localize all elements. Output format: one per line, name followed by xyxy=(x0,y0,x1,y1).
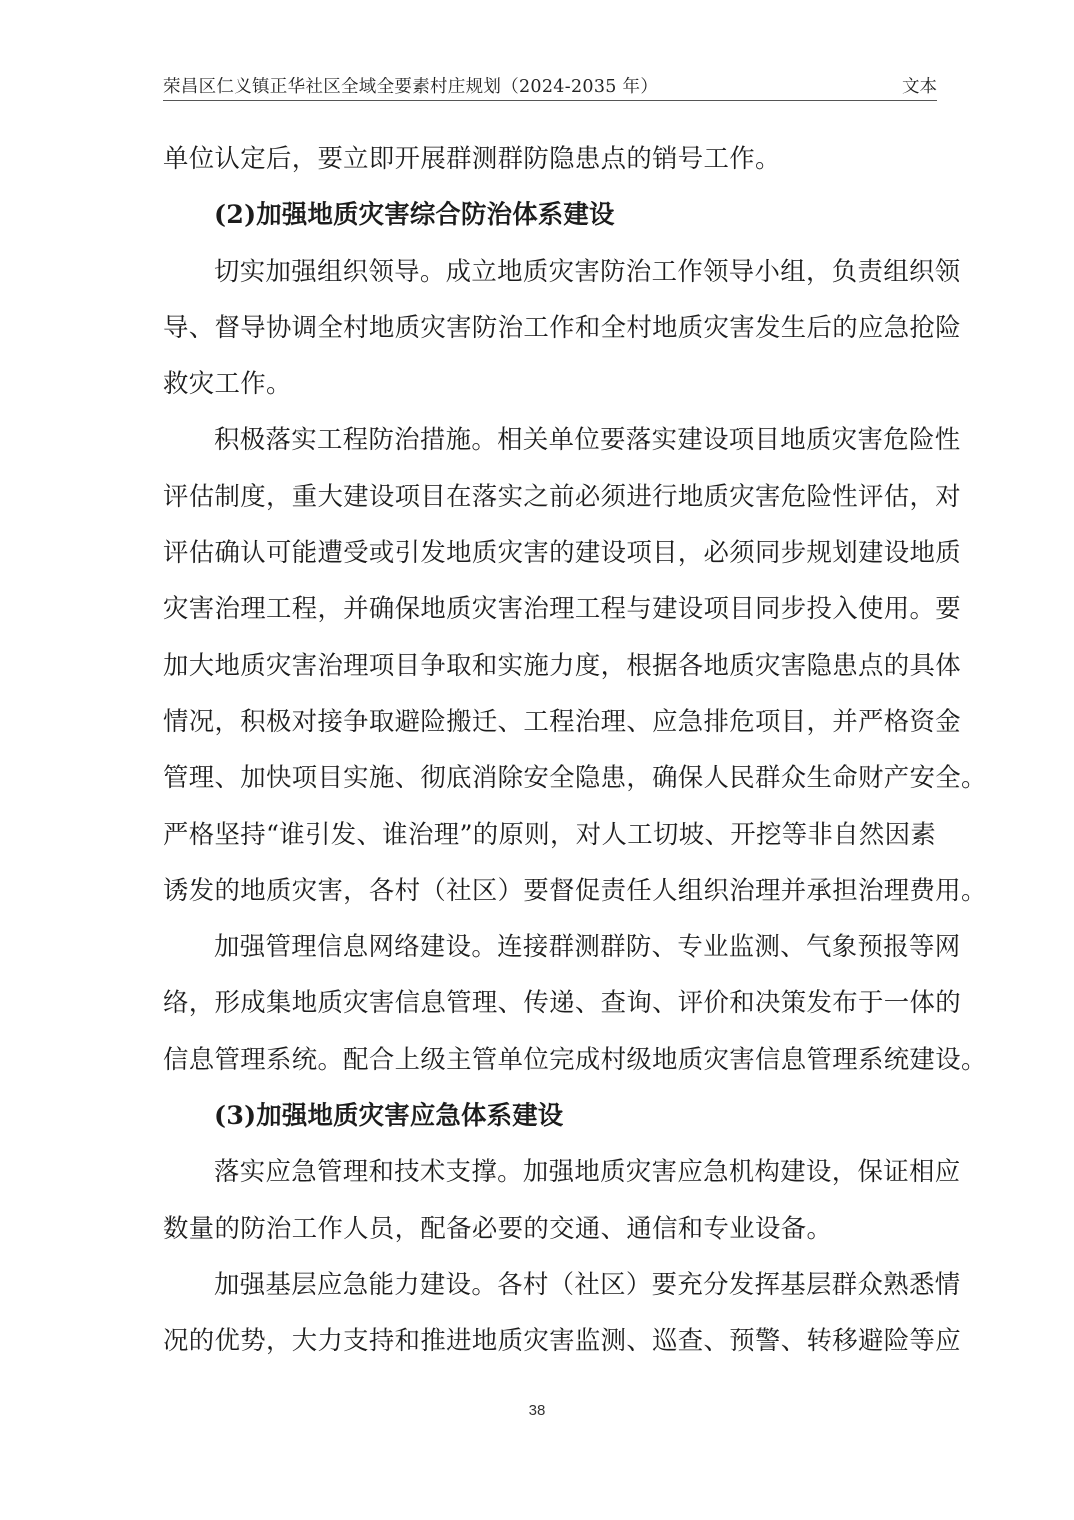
paragraph-line: 评估确认可能遭受或引发地质灾害的建设项目，必须同步规划建设地质 xyxy=(163,532,943,588)
paragraph-line: 切实加强组织领导。成立地质灾害防治工作领导小组，负责组织领 xyxy=(163,251,943,307)
paragraph-line: 积极落实工程防治措施。相关单位要落实建设项目地质灾害危险性 xyxy=(163,419,943,475)
paragraph-line: 加强管理信息网络建设。连接群测群防、专业监测、气象预报等网 xyxy=(163,926,943,982)
document-type-label: 文本 xyxy=(902,73,937,98)
paragraph-line: 导、督导协调全村地质灾害防治工作和全村地质灾害发生后的应急抢险 xyxy=(163,307,943,363)
paragraph-line: 落实应急管理和技术支撑。加强地质灾害应急机构建设，保证相应 xyxy=(163,1151,943,1207)
document-body: 单位认定后，要立即开展群测群防隐患点的销号工作。 (2)加强地质灾害综合防治体系… xyxy=(163,138,943,1377)
paragraph-line: 络，形成集地质灾害信息管理、传递、查询、评价和决策发布于一体的 xyxy=(163,982,943,1038)
section-heading: (2)加强地质灾害综合防治体系建设 xyxy=(163,194,943,250)
document-title: 荣昌区仁义镇正华社区全域全要素村庄规划（2024-2035 年） xyxy=(163,73,658,98)
paragraph-line: 严格坚持“谁引发、谁治理”的原则，对人工切坡、开挖等非自然因素 xyxy=(163,814,943,870)
paragraph-line: 况的优势，大力支持和推进地质灾害监测、巡查、预警、转移避险等应 xyxy=(163,1320,943,1376)
paragraph-line: 灾害治理工程，并确保地质灾害治理工程与建设项目同步投入使用。要 xyxy=(163,588,943,644)
paragraph-line: 评估制度，重大建设项目在落实之前必须进行地质灾害危险性评估，对 xyxy=(163,476,943,532)
paragraph-line: 信息管理系统。配合上级主管单位完成村级地质灾害信息管理系统建设。 xyxy=(163,1039,943,1095)
paragraph-line: 管理、加快项目实施、彻底消除安全隐患，确保人民群众生命财产安全。 xyxy=(163,757,943,813)
paragraph-line: 数量的防治工作人员，配备必要的交通、通信和专业设备。 xyxy=(163,1208,943,1264)
section-heading: (3)加强地质灾害应急体系建设 xyxy=(163,1095,943,1151)
page-header: 荣昌区仁义镇正华社区全域全要素村庄规划（2024-2035 年） 文本 xyxy=(163,76,937,101)
paragraph-line: 诱发的地质灾害，各村（社区）要督促责任人组织治理并承担治理费用。 xyxy=(163,870,943,926)
paragraph-line: 加强基层应急能力建设。各村（社区）要充分发挥基层群众熟悉情 xyxy=(163,1264,943,1320)
paragraph-line: 救灾工作。 xyxy=(163,363,943,419)
paragraph-line: 情况，积极对接争取避险搬迁、工程治理、应急排危项目，并严格资金 xyxy=(163,701,943,757)
page-number: 38 xyxy=(0,1402,1074,1419)
paragraph-line: 单位认定后，要立即开展群测群防隐患点的销号工作。 xyxy=(163,138,943,194)
paragraph-line: 加大地质灾害治理项目争取和实施力度，根据各地质灾害隐患点的具体 xyxy=(163,645,943,701)
